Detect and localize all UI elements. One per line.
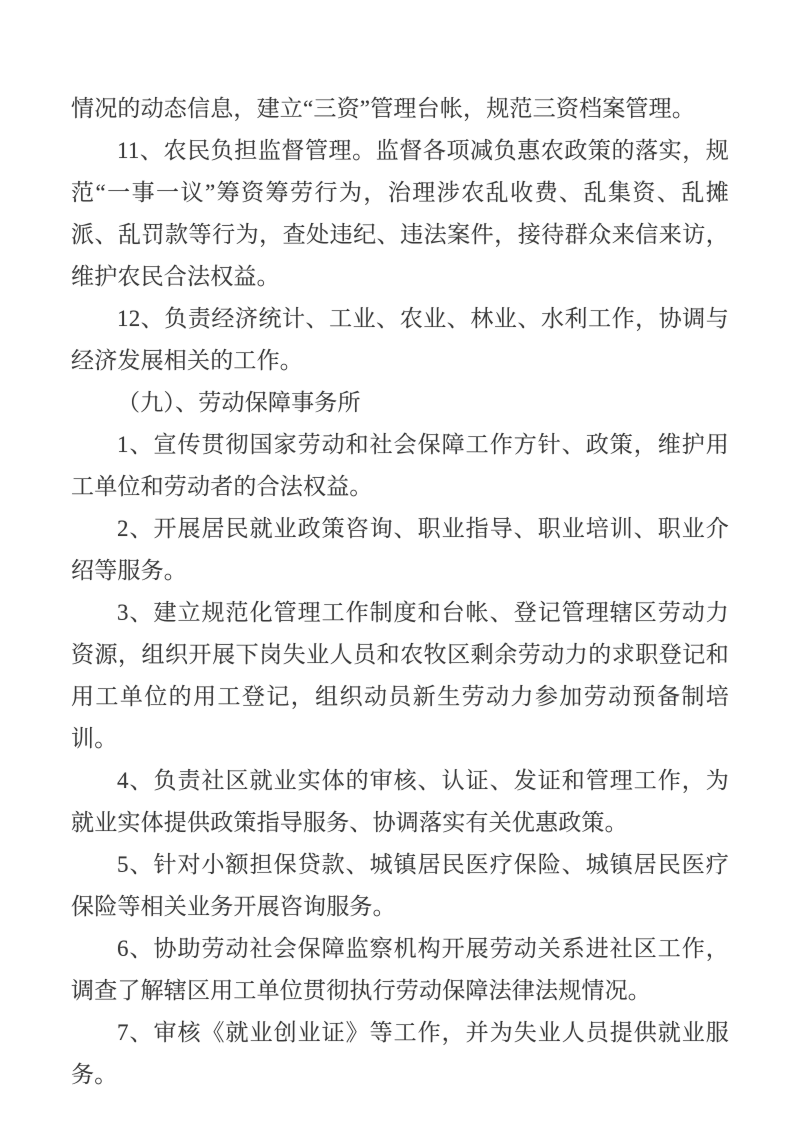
section-heading-nine: （九）、劳动保障事务所: [71, 382, 729, 424]
paragraph-item-3: 3、建立规范化管理工作制度和台帐、登记管理辖区劳动力资源，组织开展下岗失业人员和…: [71, 592, 729, 760]
document-page: 情况的动态信息，建立“三资”管理台帐，规范三资档案管理。 11、农民负担监督管理…: [0, 0, 800, 1131]
paragraph-item-6: 6、协助劳动社会保障监察机构开展劳动关系进社区工作，调查了解辖区用工单位贯彻执行…: [71, 928, 729, 1012]
paragraph-item-1: 1、宣传贯彻国家劳动和社会保障工作方针、政策，维护用工单位和劳动者的合法权益。: [71, 424, 729, 508]
paragraph-continuation: 情况的动态信息，建立“三资”管理台帐，规范三资档案管理。: [71, 88, 729, 130]
paragraph-item-11: 11、农民负担监督管理。监督各项减负惠农政策的落实，规范“一事一议”筹资筹劳行为…: [71, 130, 729, 298]
paragraph-item-12: 12、负责经济统计、工业、农业、林业、水利工作，协调与经济发展相关的工作。: [71, 298, 729, 382]
paragraph-item-5: 5、针对小额担保贷款、城镇居民医疗保险、城镇居民医疗保险等相关业务开展咨询服务。: [71, 844, 729, 928]
paragraph-item-4: 4、负责社区就业实体的审核、认证、发证和管理工作，为就业实体提供政策指导服务、协…: [71, 760, 729, 844]
paragraph-item-2: 2、开展居民就业政策咨询、职业指导、职业培训、职业介绍等服务。: [71, 508, 729, 592]
document-text-block: 情况的动态信息，建立“三资”管理台帐，规范三资档案管理。 11、农民负担监督管理…: [71, 88, 729, 1096]
paragraph-item-7: 7、审核《就业创业证》等工作，并为失业人员提供就业服务。: [71, 1012, 729, 1096]
